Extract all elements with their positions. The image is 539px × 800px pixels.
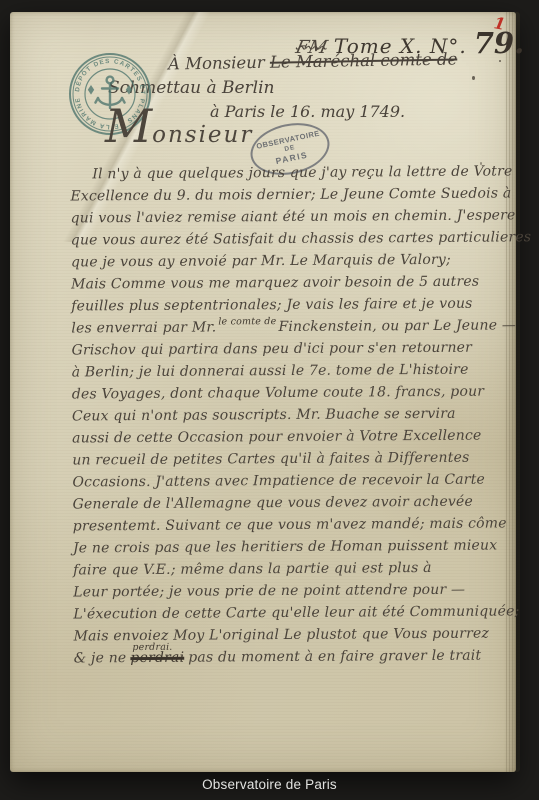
ink-speck <box>499 60 501 62</box>
manuscript-line: faire que V.E.; même dans la partie qui … <box>61 556 506 581</box>
line-text: & je ne <box>74 650 127 666</box>
manuscript-line: Je ne crois pas que les heritiers de Hom… <box>61 534 506 559</box>
address-line-1-struck: Le Maréchal comte de <box>270 49 458 71</box>
manuscript-line: à Berlin; je lui donnerai aussi le 7e. t… <box>60 358 505 383</box>
manuscript-line: Ceux qui n'ont pas souscripts. Mr. Buach… <box>60 402 505 427</box>
manuscript-page: 1 FM Tome X. N°. 79. À Monsieur Le Maréc… <box>10 12 516 772</box>
manuscript-line: Excellence du 9. du mois dernier; Le Jeu… <box>58 182 503 207</box>
manuscript-line: Generale de l'Allemagne que vous devez a… <box>61 490 506 515</box>
manuscript-line: Mais envoiez Moy L'original Le plustot q… <box>61 622 506 647</box>
manuscript-line: que vous aurez été Satisfait du chassis … <box>59 226 504 251</box>
fleur-de-lis-icon <box>88 85 94 95</box>
manuscript-line: Leur portée; je vous prie de ne point at… <box>61 578 506 603</box>
fleur-de-lis-icon <box>126 85 132 95</box>
address-line-1-start: À Monsieur <box>168 53 270 74</box>
interline-insertion: perdrai. <box>132 637 172 659</box>
manuscript-line: que je vous ay envoié par Mr. Le Marquis… <box>59 248 504 273</box>
correction-stack: perdrai.perdrai <box>130 647 184 669</box>
line-text: Finckenstein, ou par Le Jeune — <box>278 317 516 335</box>
manuscript-line: feuilles plus septentrionales; Je vais l… <box>59 292 504 317</box>
ink-speck <box>472 76 475 80</box>
manuscript-line-with-correction: & je neperdrai.perdraipas du moment à en… <box>62 644 507 669</box>
letter-body: Il n'y à que quelques jours que j'ay reç… <box>58 160 507 669</box>
salutation: Monsieur <box>105 116 253 148</box>
manuscript-line: qui vous l'aviez remise aiant été un moi… <box>59 204 504 229</box>
manuscript-line: presentemt. Suivant ce que vous m'avez m… <box>61 512 506 537</box>
line-text: pas du moment à en faire graver le trait <box>188 648 481 666</box>
manuscript-line: L'éxecution de cette Carte qu'elle leur … <box>61 600 506 625</box>
manuscript-line: Il n'y à que quelques jours que j'ay reç… <box>58 160 503 185</box>
manuscript-line: aussi de cette Occasion pour envoier à V… <box>60 424 505 449</box>
manuscript-line: Occasions. J'attens avec Impatience de r… <box>60 468 505 493</box>
photograph-background: 1 FM Tome X. N°. 79. À Monsieur Le Maréc… <box>0 0 539 800</box>
interline-insertion: le comte de <box>218 311 276 333</box>
manuscript-line: des Voyages, dont chaque Volume coute 18… <box>60 380 505 405</box>
line-text: les enverrai par Mr. <box>71 319 216 336</box>
manuscript-line: Mais Comme vous me marquez avoir besoin … <box>59 270 504 295</box>
manuscript-line: un recueil de petites Cartes qu'il à fai… <box>60 446 505 471</box>
manuscript-line-with-insertion: les enverrai par Mr.le comte deFinckenst… <box>59 314 504 339</box>
caption: Observatoire de Paris <box>0 777 539 792</box>
manuscript-line: Grischov qui partira dans peu d'ici pour… <box>59 336 504 361</box>
document-number: 79. <box>474 26 524 60</box>
address-line-1: À Monsieur Le Maréchal comte de <box>168 49 458 73</box>
